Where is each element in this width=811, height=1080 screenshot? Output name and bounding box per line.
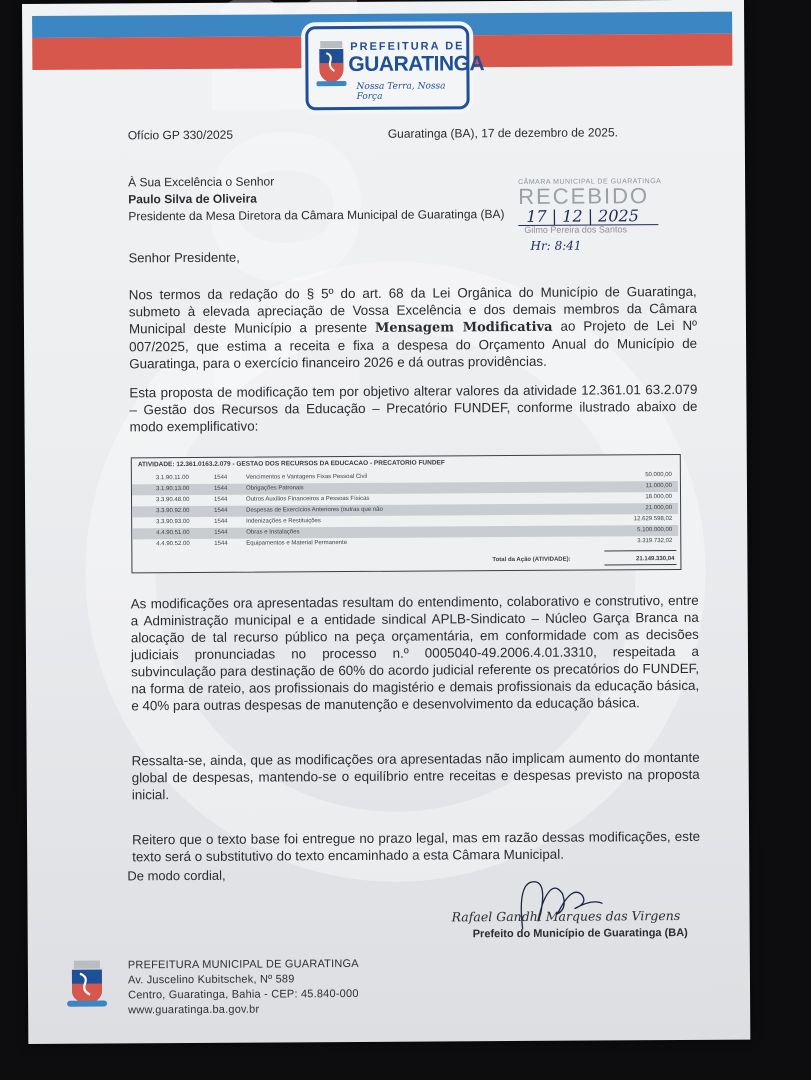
total-underline xyxy=(604,564,676,565)
table-row: 4.4.90.52.001544Equipamentos e Material … xyxy=(132,536,678,550)
cell-value: 50.000,00 xyxy=(645,472,672,478)
cell-source: 1544 xyxy=(214,486,227,492)
cell-description: Despesas de Exercícios Anteriores (outra… xyxy=(246,507,383,514)
cell-description: Equipamentos e Material Permanente xyxy=(246,540,347,547)
cell-source: 1544 xyxy=(214,497,227,503)
cell-value: 3.319.732,02 xyxy=(637,538,672,544)
cell-description: Outros Auxílios Financeiros a Pessoas Fí… xyxy=(246,496,369,503)
prefeitura-logo: PREFEITURA DE GUARATINGA Nossa Terra, No… xyxy=(305,25,470,110)
footer-website: www.guaratinga.ba.gov.br xyxy=(128,1004,259,1017)
cell-code: 3.1.90.13.00 xyxy=(156,486,189,492)
closing: De modo cordial, xyxy=(127,868,225,884)
cell-code: 3.3.90.92.00 xyxy=(156,508,189,514)
handwritten-signature xyxy=(512,873,612,934)
cell-value: 21.000,00 xyxy=(645,505,672,511)
recipient-title: Presidente da Mesa Diretora da Câmara Mu… xyxy=(128,207,504,223)
paragraph-1-emphasis: Mensagem Modificativa xyxy=(375,320,553,336)
footer-coat-of-arms-icon xyxy=(66,958,108,1008)
letter-reference: Ofício GP 330/2025 xyxy=(128,128,233,143)
total-label: Total da Ação (ATIVIDADE): xyxy=(492,557,570,563)
paragraph-5: Reitero que o texto base foi entregue no… xyxy=(132,828,700,865)
cell-description: Vencimentos e Vantagens Fixas Pessoal Ci… xyxy=(246,474,367,481)
logo-motto: Nossa Terra, Nossa Força xyxy=(356,81,466,102)
cell-code: 4.4.90.51.00 xyxy=(156,530,189,536)
cell-value: 12.629.598,02 xyxy=(634,516,672,522)
coat-of-arms-icon xyxy=(316,39,346,87)
cell-value: 11.000,00 xyxy=(646,483,672,489)
cell-source: 1544 xyxy=(214,475,227,481)
greeting: Senhor Presidente, xyxy=(129,250,240,266)
cell-value: 18.000,00 xyxy=(645,494,672,500)
cell-description: Obrigações Patronais xyxy=(246,485,304,491)
footer-org: PREFEITURA MUNICIPAL DE GUARATINGA xyxy=(128,958,359,971)
sum-line xyxy=(604,550,676,551)
footer-address: Av. Juscelino Kubitschek, Nº 589 xyxy=(128,973,295,986)
cell-code: 3.3.90.48.00 xyxy=(156,497,189,503)
cell-code: 3.3.90.93.00 xyxy=(156,519,189,525)
cell-source: 1544 xyxy=(214,519,227,525)
logo-prefix: PREFEITURA DE xyxy=(350,40,464,53)
logo-city: GUARATINGA xyxy=(348,52,484,77)
budget-table: ATIVIDADE: 12.361.0163.2.079 - GESTAO DO… xyxy=(131,454,682,573)
cell-description: Indenizações e Restituições xyxy=(246,518,321,524)
footer-city: Centro, Guaratinga, Bahia - CEP: 45.840-… xyxy=(128,988,359,1001)
cell-value: 5.100.000,00 xyxy=(637,527,672,533)
cell-source: 1544 xyxy=(214,530,227,536)
stamp-label: RECEBIDO xyxy=(518,185,668,208)
cell-code: 4.4.90.52.00 xyxy=(156,541,189,547)
signer-name: Rafael Gandhi Marques das Virgens xyxy=(452,908,681,924)
cell-source: 1544 xyxy=(214,508,227,514)
paragraph-2: Esta proposta de modificação tem por obj… xyxy=(129,381,697,435)
recipient-salutation: À Sua Excelência o Senhor xyxy=(128,174,274,189)
paragraph-4: Ressalta-se, ainda, que as modificações … xyxy=(132,749,700,803)
stamp-date: 17 | 12 | 2025 xyxy=(526,206,639,226)
paragraph-3: As modificações ora apresentadas resulta… xyxy=(131,592,700,714)
cell-description: Obras e Instalações xyxy=(246,529,299,535)
total-value: 21.149.330,04 xyxy=(636,556,674,562)
cell-source: 1544 xyxy=(214,541,227,547)
letter-page: FORO31 PREFEITURA DE GUARATINGA Nossa Te… xyxy=(22,0,750,1044)
recipient-name: Paulo Silva de Oliveira xyxy=(128,192,257,207)
received-stamp: CÂMARA MUNICIPAL DE GUARATINGA RECEBIDO … xyxy=(518,178,669,269)
cell-code: 3.1.90.11.00 xyxy=(156,475,189,481)
stamp-time: Hr: 8:41 xyxy=(530,239,581,253)
stamp-receiver: Gilmo Pereira dos Santos xyxy=(524,224,627,235)
signer-role: Prefeito do Município de Guaratinga (BA) xyxy=(473,927,688,940)
budget-table-heading: ATIVIDADE: 12.361.0163.2.079 - GESTAO DO… xyxy=(138,459,445,468)
place-date: Guaratinga (BA), 17 de dezembro de 2025. xyxy=(388,125,618,140)
paragraph-1: Nos termos da redação do § 5º do art. 68… xyxy=(129,283,698,372)
